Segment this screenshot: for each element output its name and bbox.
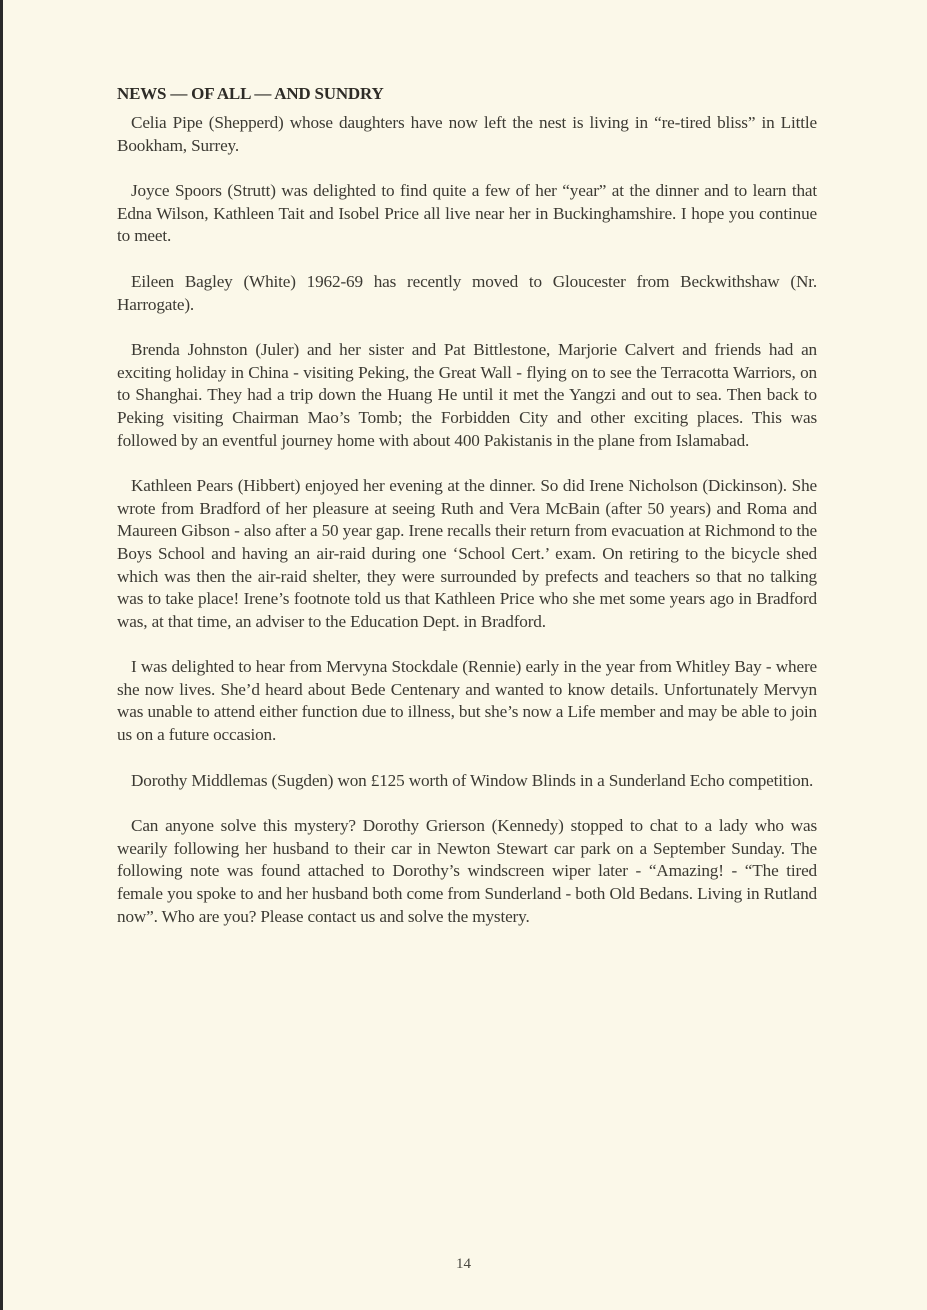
news-paragraph-dorothy-middlemas: Dorothy Middlemas (Sugden) won £125 wort… bbox=[117, 770, 817, 793]
section-heading: NEWS — OF ALL — AND SUNDRY bbox=[117, 82, 817, 106]
document-page: NEWS — OF ALL — AND SUNDRY Celia Pipe (S… bbox=[117, 82, 817, 951]
news-paragraph-celia-pipe: Celia Pipe (Shepperd) whose daughters ha… bbox=[117, 112, 817, 157]
page-number: 14 bbox=[0, 1256, 927, 1273]
news-paragraph-mervyna-stockdale: I was delighted to hear from Mervyna Sto… bbox=[117, 656, 817, 746]
page-edge-shadow bbox=[0, 0, 3, 1310]
news-paragraph-dorothy-grierson: Can anyone solve this mystery? Dorothy G… bbox=[117, 815, 817, 928]
news-paragraph-brenda-johnston: Brenda Johnston (Juler) and her sister a… bbox=[117, 339, 817, 452]
news-paragraph-joyce-spoors: Joyce Spoors (Strutt) was delighted to f… bbox=[117, 180, 817, 248]
news-paragraph-kathleen-pears: Kathleen Pears (Hibbert) enjoyed her eve… bbox=[117, 475, 817, 633]
news-paragraph-eileen-bagley: Eileen Bagley (White) 1962-69 has recent… bbox=[117, 271, 817, 316]
